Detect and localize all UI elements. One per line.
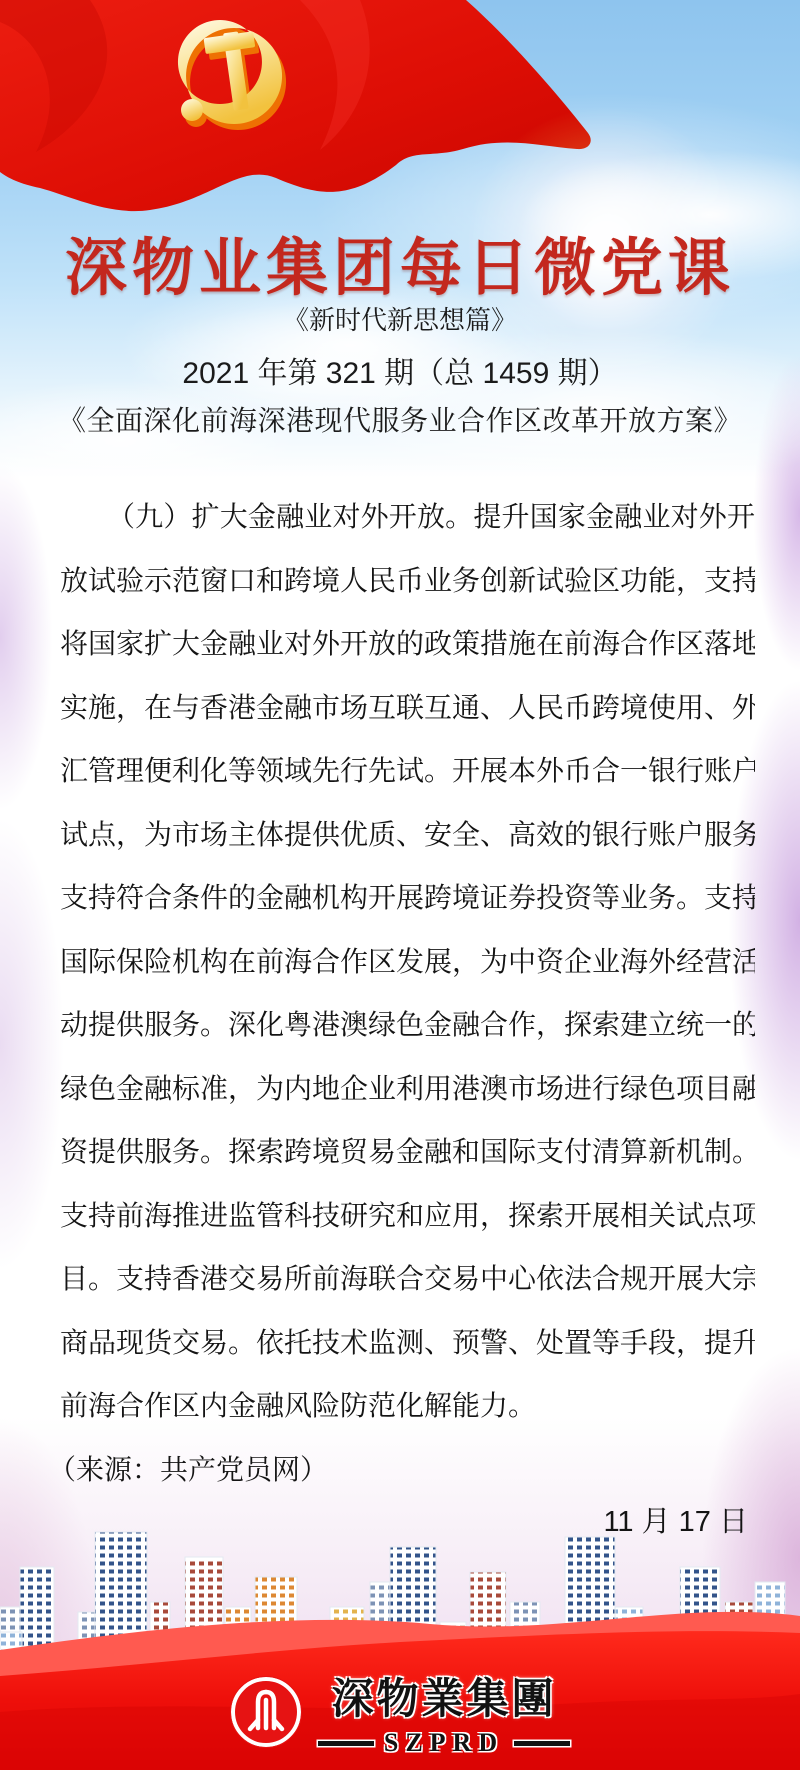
body-line: 实施，在与香港金融市场互联互通、人民币跨境使用、外 xyxy=(60,676,755,740)
cloud xyxy=(0,380,300,500)
body-line: 商品现货交易。依托技术监测、预警、处置等手段，提升 xyxy=(60,1311,755,1375)
body-line: 前海合作区内金融风险防范化解能力。 xyxy=(60,1374,755,1438)
document-title: 《全面深化前海深港现代服务业合作区改革开放方案》 xyxy=(30,399,770,439)
poster-title: 深物业集团每日微党课 xyxy=(0,218,800,307)
body-line: 试点，为市场主体提供优质、安全、高效的银行账户服务。 xyxy=(60,803,755,867)
logo-abbr-row: SZPRD xyxy=(318,1728,570,1758)
szprd-logo-icon xyxy=(230,1676,302,1748)
logo-abbr: SZPRD xyxy=(384,1728,504,1758)
logo-name: 深物業集團 xyxy=(331,1666,556,1726)
body-line: 支持符合条件的金融机构开展跨境证券投资等业务。支持 xyxy=(60,866,755,930)
series-title: 《新时代新思想篇》 xyxy=(30,300,770,337)
body-line: 将国家扩大金融业对外开放的政策措施在前海合作区落地 xyxy=(60,612,755,676)
body-line: 国际保险机构在前海合作区发展，为中资企业海外经营活 xyxy=(60,930,755,994)
body-line: 绿色金融标准，为内地企业利用港澳市场进行绿色项目融 xyxy=(60,1057,755,1121)
body-line: 支持前海推进监管科技研究和应用，探索开展相关试点项 xyxy=(60,1184,755,1248)
body-text: （九）扩大金融业对外开放。提升国家金融业对外开放试验示范窗口和跨境人民币业务创新… xyxy=(60,485,755,1501)
body-line: 目。支持香港交易所前海联合交易中心依法合规开展大宗 xyxy=(60,1247,755,1311)
body-line: 资提供服务。探索跨境贸易金融和国际支付清算新机制。 xyxy=(60,1120,755,1184)
dash-line xyxy=(318,1741,374,1746)
issue-line: 2021 年第 321 期（总 1459 期） xyxy=(30,348,770,392)
dash-line xyxy=(514,1741,570,1746)
body-line: （九）扩大金融业对外开放。提升国家金融业对外开 xyxy=(60,485,755,549)
source-line: （来源：共产党员网） xyxy=(48,1438,755,1502)
body-line: 放试验示范窗口和跨境人民币业务创新试验区功能，支持 xyxy=(60,549,755,613)
body-line: 动提供服务。深化粤港澳绿色金融合作，探索建立统一的 xyxy=(60,993,755,1057)
body-line: 汇管理便利化等领域先行先试。开展本外币合一银行账户 xyxy=(60,739,755,803)
company-logo: 深物業集團 SZPRD xyxy=(0,1666,800,1758)
party-lesson-poster: 深物业集团每日微党课 《新时代新思想篇》 2021 年第 321 期（总 145… xyxy=(0,0,800,1770)
